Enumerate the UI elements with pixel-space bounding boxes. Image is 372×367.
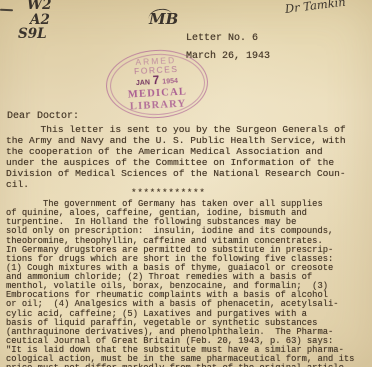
call-number-line: W2 [27,0,52,13]
intro-paragraph: This letter is sent to you by the Surgeo… [6,125,346,190]
margin-dash-mark [0,9,13,11]
call-number-line: S9L [18,27,52,42]
call-number-line: A2 [30,13,52,28]
typed-line: Division of Medical Sciences of the Nati… [6,169,346,180]
typed-line: under the auspices of the Committee on I… [6,158,346,169]
monogram-initials-handwritten: MB [149,10,178,28]
separator-asterisks: ************ [131,187,205,198]
recipient-name-handwritten: Dr Tamkin [284,0,346,16]
letter-page: W2 A2 S9L MB Dr Tamkin ARMED FORCES JAN … [0,0,372,367]
salutation: Dear Doctor: [7,111,79,122]
body-paragraph: The government of Germany has taken over… [6,200,354,367]
call-number-handwritten: W2 A2 S9L [14,0,52,42]
letter-number: Letter No. 6 [186,33,258,44]
letter-date: March 26, 1943 [186,51,270,62]
